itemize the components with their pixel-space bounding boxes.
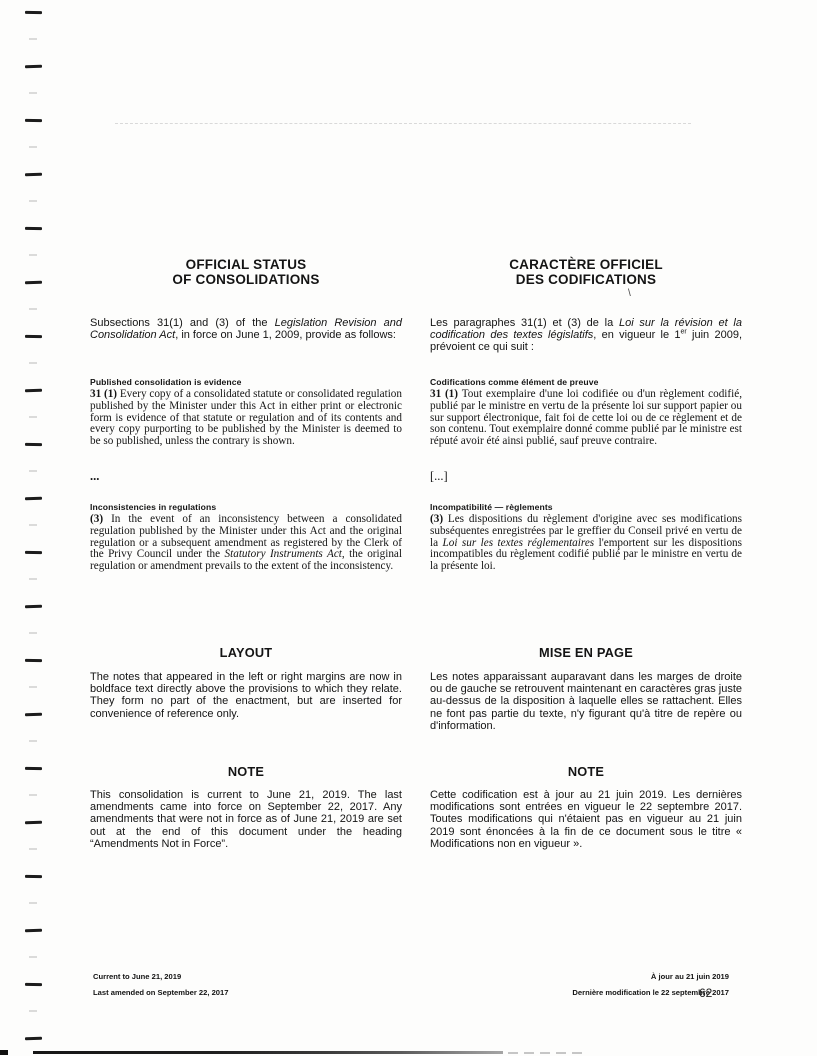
scan-bottom-bar [0,1050,8,1055]
binding-mark [25,389,42,393]
binding-speck [29,146,37,148]
french-layout-paragraph: Les notes apparaissant auparavant dans l… [430,671,742,732]
french-title-line2: DES CODIFICATIONS [430,272,742,287]
footer-english: Current to June 21, 2019 Last amended on… [93,972,228,998]
scan-artifact-line [115,123,691,124]
english-section-3: Inconsistencies in regulations (3) In th… [90,502,402,573]
binding-mark [25,227,42,230]
binding-speck [29,416,37,418]
binding-speck [29,956,37,958]
binding-speck [29,1010,37,1012]
french-section-31-1: Codifications comme élément de preuve 31… [430,377,742,448]
french-note-paragraph: Cette codification est à jour au 21 juin… [430,789,742,850]
binding-mark [25,173,42,177]
french-marginal-note: Incompatibilité — règlements [430,502,742,512]
english-note-heading: NOTE [90,764,402,779]
english-layout-heading: LAYOUT [90,645,402,660]
french-section-31-1-text: 31 (1) Tout exemplaire d'une loi codifié… [430,389,742,448]
binding-mark [25,497,42,501]
english-intro-paragraph: Subsections 31(1) and (3) of the Legisla… [90,317,402,353]
english-title: OFFICIAL STATUS OF CONSOLIDATIONS [90,257,402,287]
french-ellipsis: [...] [430,470,742,482]
french-note-heading: NOTE [430,764,742,779]
binding-speck [29,794,37,796]
english-section-31-1: Published consolidation is evidence 31 (… [90,377,402,448]
binding-mark [25,443,42,446]
english-note-paragraph: This consolidation is current to June 21… [90,789,402,850]
binding-speck [29,38,37,40]
binding-mark [25,281,42,285]
binding-speck [29,902,37,904]
scan-bottom-bar [33,1051,503,1054]
binding-mark [25,119,42,122]
binding-mark [25,335,42,338]
scan-stray-mark: \ [628,288,631,299]
footer-a-jour: À jour au 21 juin 2019 [572,972,729,982]
french-section-3: Incompatibilité — règlements (3) Les dis… [430,502,742,573]
binding-mark [25,659,42,662]
binding-mark [25,11,42,14]
binding-speck [29,632,37,634]
ellipsis-row: ... [...] [90,470,742,482]
english-section-3-text: (3) In the event of an inconsistency bet… [90,514,402,573]
french-section-3-text: (3) Les dispositions du règlement d'orig… [430,514,742,573]
binding-mark [25,767,42,770]
french-intro-paragraph: Les paragraphes 31(1) et (3) de la Loi s… [430,317,742,353]
footer-last-amended: Last amended on September 22, 2017 [93,988,228,998]
note-heading-row: NOTE NOTE [90,764,742,779]
layout-paragraph-row: The notes that appeared in the left or r… [90,671,742,732]
english-section-31-1-text: 31 (1) Every copy of a consolidated stat… [90,389,402,448]
french-title: CARACTÈRE OFFICIEL DES CODIFICATIONS [430,257,742,287]
binding-mark [25,929,42,933]
binding-mark [25,821,42,825]
french-layout-heading: MISE EN PAGE [430,645,742,660]
binding-speck [29,92,37,94]
binding-mark [25,605,42,609]
layout-heading-row: LAYOUT MISE EN PAGE [90,645,742,660]
binding-speck [29,578,37,580]
binding-speck [29,848,37,850]
french-marginal-note: Codifications comme élément de preuve [430,377,742,387]
binding-speck [29,524,37,526]
french-title-line1: CARACTÈRE OFFICIEL [430,257,742,272]
binding-speck [29,362,37,364]
binding-mark [25,983,42,986]
section-3-row: Inconsistencies in regulations (3) In th… [90,502,742,573]
page-number: 62 [699,986,712,1000]
english-title-line2: OF CONSOLIDATIONS [90,272,402,287]
binding-speck [29,200,37,202]
binding-mark [25,1037,42,1041]
english-title-line1: OFFICIAL STATUS [90,257,402,272]
binding-speck [29,254,37,256]
english-marginal-note: Published consolidation is evidence [90,377,402,387]
scanned-document-page: \ OFFICIAL STATUS OF CONSOLIDATIONS CARA… [0,0,817,1056]
binding-mark [25,65,42,69]
footer-current-date: Current to June 21, 2019 [93,972,228,982]
section-31-1-row: Published consolidation is evidence 31 (… [90,377,742,448]
binding-speck [29,686,37,688]
english-layout-paragraph: The notes that appeared in the left or r… [90,671,402,732]
binding-speck [29,470,37,472]
binding-speck [29,740,37,742]
intro-row: Subsections 31(1) and (3) of the Legisla… [90,317,742,353]
binding-mark [25,875,42,878]
english-ellipsis: ... [90,470,402,482]
scan-bottom-bar [508,1052,586,1054]
binding-mark [25,713,42,717]
title-row: OFFICIAL STATUS OF CONSOLIDATIONS CARACT… [90,257,742,287]
binding-speck [29,308,37,310]
note-paragraph-row: This consolidation is current to June 21… [90,789,742,850]
binding-mark [25,551,42,554]
english-marginal-note: Inconsistencies in regulations [90,502,402,512]
